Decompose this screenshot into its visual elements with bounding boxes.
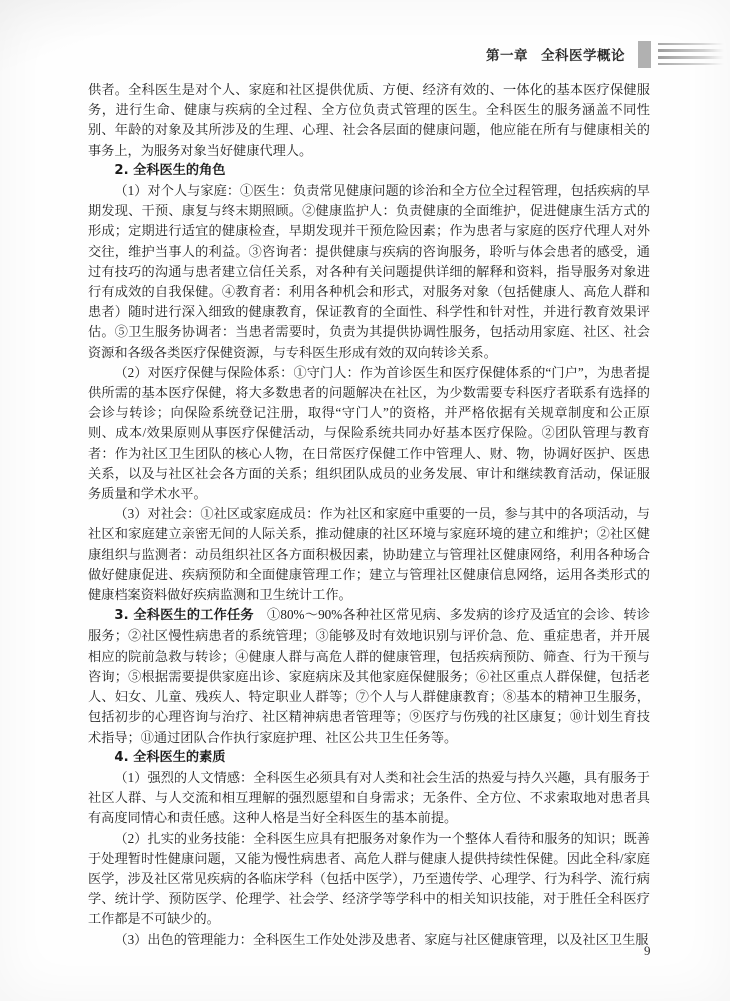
- ornament-line: [658, 63, 724, 65]
- ornament-line: [658, 43, 724, 45]
- paragraph-gp-definition-continuation: 供者。全科医生是对个人、家庭和社区提供优质、方便、经济有效的、一体化的基本医疗保…: [88, 80, 650, 161]
- ornament-line: [658, 56, 724, 59]
- ornament-line: [658, 49, 724, 52]
- page-content: 供者。全科医生是对个人、家庭和社区提供优质、方便、经济有效的、一体化的基本医疗保…: [88, 80, 650, 950]
- paragraph-roles-society: （3）对社会：①社区或家庭成员：作为社区和家庭中重要的一员，参与其中的各项活动，…: [88, 504, 650, 605]
- paragraph-roles-individual-family: （1）对个人与家庭：①医生：负责常见健康问题的诊治和全方位全过程管理，包括疾病的…: [88, 181, 650, 363]
- paragraph-roles-healthcare-insurance: （2）对医疗保健与保险体系：①守门人：作为首诊医生和医疗保健体系的“门户”，为患…: [88, 363, 650, 504]
- page-header: 第一章全科医学概论: [486, 40, 724, 68]
- work-tasks-text: ①80%～90%各种社区常见病、多发病的诊疗及适宜的会诊、转诊服务；②社区慢性病…: [88, 607, 650, 744]
- header-ornament-block: [638, 41, 651, 68]
- paragraph-quality-humanistic: （1）强烈的人文情感：全科医生必须具有对人类和社会生活的热爱与持久兴趣，具有服务…: [88, 768, 650, 829]
- header-ornament-lines: [658, 43, 724, 66]
- chapter-title: 全科医学概论: [541, 48, 625, 64]
- page-number: 9: [644, 943, 651, 959]
- section-heading-gp-qualities: 4. 全科医生的素质: [88, 748, 650, 768]
- paragraph-work-tasks: 3. 全科医生的工作任务①80%～90%各种社区常见病、多发病的诊疗及适宜的会诊…: [88, 605, 650, 747]
- inline-heading-work-tasks: 3. 全科医生的工作任务: [114, 608, 253, 623]
- paragraph-quality-skills: （2）扎实的业务技能：全科医生应具有把服务对象作为一个整体人看待和服务的知识；既…: [88, 829, 650, 930]
- chapter-label: 第一章: [486, 48, 528, 64]
- section-heading-gp-roles: 2. 全科医生的角色: [88, 161, 650, 181]
- chapter-heading: 第一章全科医学概论: [486, 44, 625, 64]
- book-page: 第一章全科医学概论 供者。全科医生是对个人、家庭和社区提供优质、方便、经济有效的…: [0, 0, 730, 1001]
- paragraph-quality-management: （3）出色的管理能力：全科医生工作处处涉及患者、家庭与社区健康管理，以及社区卫生…: [88, 930, 650, 950]
